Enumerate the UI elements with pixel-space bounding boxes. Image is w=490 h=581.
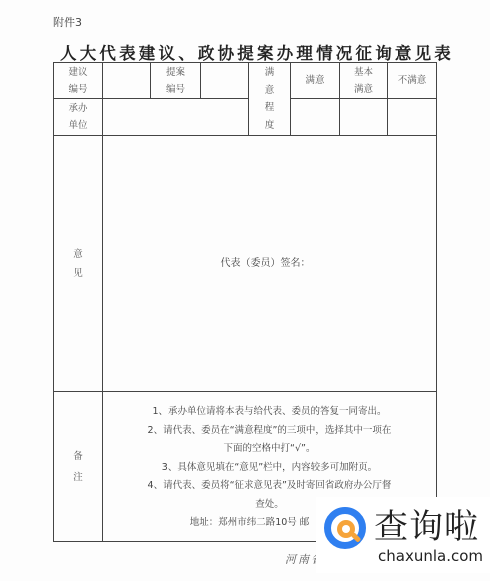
checkbox-unsatisfied[interactable] bbox=[388, 99, 436, 135]
label-line: 不满意 bbox=[398, 72, 427, 89]
note-line: 下面的空格中打“√”。 bbox=[103, 440, 436, 459]
label-line: 备 bbox=[73, 446, 83, 467]
watermark-brand: 查询啦 bbox=[374, 499, 479, 548]
suggestion-number-input[interactable] bbox=[103, 63, 150, 98]
note-line: 1、承办单位请将本表与给代表、委员的答复一同寄出。 bbox=[103, 403, 436, 422]
label-line: 见 bbox=[73, 264, 83, 283]
label-line: 满意 bbox=[305, 72, 324, 89]
undertaking-unit-input[interactable] bbox=[103, 99, 248, 135]
proposal-number-label: 提案 编号 bbox=[151, 63, 200, 98]
attachment-label: 附件3 bbox=[53, 14, 82, 30]
label-line: 单位 bbox=[68, 117, 87, 134]
label-line: 基本 bbox=[354, 64, 373, 81]
label-line: 度 bbox=[265, 117, 275, 135]
checkbox-satisfied[interactable] bbox=[291, 99, 339, 135]
label-line: 意 bbox=[73, 245, 83, 264]
undertaking-unit-label: 承办 单位 bbox=[54, 99, 102, 135]
table-border-right bbox=[436, 62, 437, 542]
proposal-number-input[interactable] bbox=[201, 63, 248, 98]
label-line: 程 bbox=[265, 99, 275, 117]
note-line: 3、具体意见填在“意见”栏中，内容较多可加附页。 bbox=[103, 459, 436, 478]
form-title: 人大代表建议、政协提案办理情况征询意见表 bbox=[60, 40, 440, 64]
label-line: 注 bbox=[73, 467, 83, 488]
row-divider bbox=[53, 391, 437, 392]
opinion-input-area[interactable]: 代表（委员）签名： bbox=[103, 136, 436, 391]
checkbox-basically-satisfied[interactable] bbox=[340, 99, 387, 135]
label-line: 建议 bbox=[68, 64, 87, 81]
opinion-label: 意 见 bbox=[54, 136, 102, 391]
watermark-url: chaxunla.com bbox=[378, 547, 483, 565]
option-unsatisfied-label: 不满意 bbox=[388, 63, 436, 98]
label-line: 提案 bbox=[166, 64, 185, 81]
label-line: 满意 bbox=[354, 81, 373, 98]
label-line: 承办 bbox=[68, 100, 87, 117]
signature-label: 代表（委员）签名： bbox=[221, 255, 311, 272]
suggestion-number-label: 建议 编号 bbox=[54, 63, 102, 98]
label-line: 意 bbox=[265, 82, 275, 100]
label-line: 编号 bbox=[166, 81, 185, 98]
label-line: 编号 bbox=[68, 81, 87, 98]
satisfaction-degree-label: 满 意 程 度 bbox=[249, 63, 290, 135]
note-line: 2、请代表、委员在“满意程度”的三项中，选择其中一项在 bbox=[103, 422, 436, 441]
option-satisfied-label: 满意 bbox=[291, 63, 339, 98]
label-line: 满 bbox=[265, 64, 275, 82]
note-line: 4、请代表、委员将“征求意见表”及时寄回省政府办公厅督 bbox=[103, 477, 436, 496]
magnifier-lens-center bbox=[342, 525, 350, 533]
option-basically-satisfied-label: 基本 满意 bbox=[340, 63, 387, 98]
watermark-logo: 查询啦 chaxunla.com bbox=[316, 497, 490, 573]
